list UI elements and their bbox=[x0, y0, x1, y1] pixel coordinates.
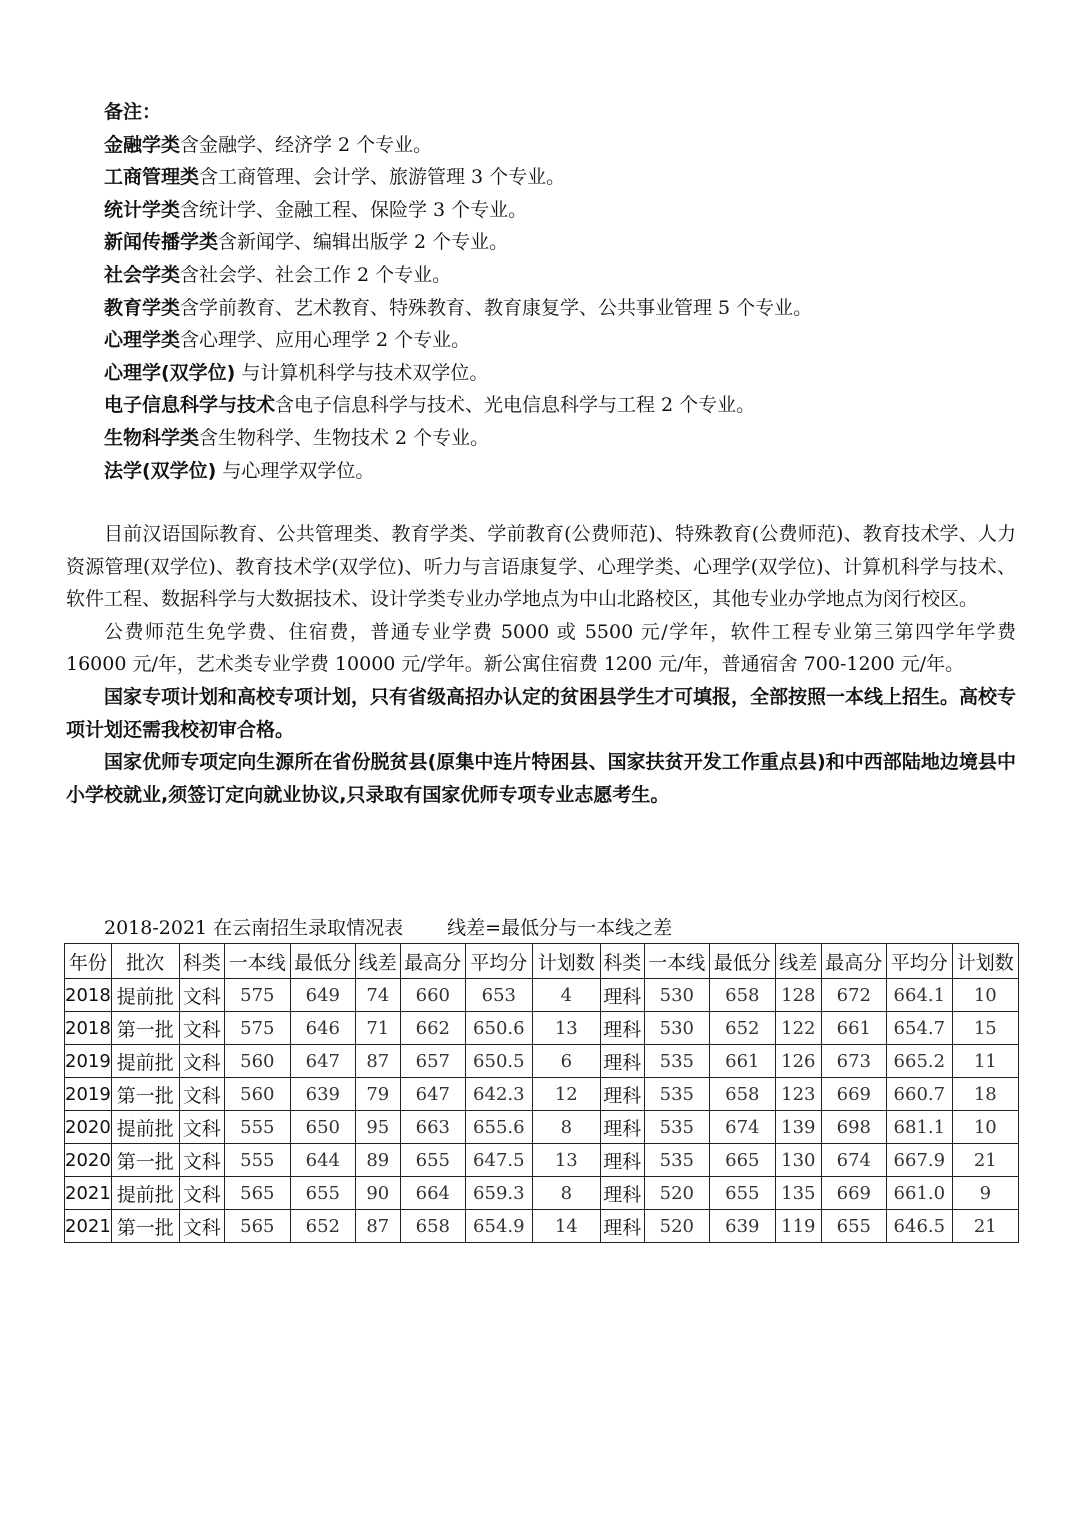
table-cell: 文科 bbox=[179, 1012, 224, 1045]
column-header: 科类 bbox=[179, 944, 224, 979]
table-cell: 2021 bbox=[65, 1177, 112, 1210]
admission-table: 年份批次科类一本线最低分线差最高分平均分计划数科类一本线最低分线差最高分平均分计… bbox=[64, 943, 1019, 1243]
table-cell: 128 bbox=[775, 979, 821, 1012]
table-cell: 130 bbox=[775, 1144, 821, 1177]
table-cell: 2020 bbox=[65, 1111, 112, 1144]
note-item: 心理学(双学位) 与计算机科学与技术双学位。 bbox=[104, 357, 1024, 390]
table-cell: 提前批 bbox=[111, 979, 179, 1012]
table-cell: 672 bbox=[821, 979, 886, 1012]
column-header: 最低分 bbox=[709, 944, 775, 979]
table-cell: 663 bbox=[400, 1111, 465, 1144]
table-cell: 653 bbox=[465, 979, 532, 1012]
table-cell: 560 bbox=[224, 1045, 290, 1078]
table-cell: 理科 bbox=[600, 1144, 644, 1177]
table-row: 2019提前批文科56064787657650.56理科535661126673… bbox=[65, 1045, 1019, 1078]
table-cell: 10 bbox=[952, 1111, 1018, 1144]
table-row: 2019第一批文科56063979647642.312理科53565812366… bbox=[65, 1078, 1019, 1111]
table-cell: 560 bbox=[224, 1078, 290, 1111]
table-cell: 646 bbox=[290, 1012, 355, 1045]
table-cell: 657 bbox=[400, 1045, 465, 1078]
table-cell: 12 bbox=[532, 1078, 600, 1111]
table-cell: 654.9 bbox=[465, 1210, 532, 1243]
table-cell: 第一批 bbox=[111, 1012, 179, 1045]
table-cell: 2019 bbox=[65, 1078, 112, 1111]
table-cell: 126 bbox=[775, 1045, 821, 1078]
column-header: 科类 bbox=[600, 944, 644, 979]
table-cell: 87 bbox=[355, 1210, 400, 1243]
note-item: 教育学类含学前教育、艺术教育、特殊教育、教育康复学、公共事业管理 5 个专业。 bbox=[104, 292, 1024, 325]
table-cell: 565 bbox=[224, 1177, 290, 1210]
table-cell: 650.5 bbox=[465, 1045, 532, 1078]
note-item: 电子信息科学与技术含电子信息科学与技术、光电信息科学与工程 2 个专业。 bbox=[104, 389, 1024, 422]
table-cell: 8 bbox=[532, 1177, 600, 1210]
table-cell: 2018 bbox=[65, 979, 112, 1012]
table-cell: 535 bbox=[644, 1045, 709, 1078]
table-cell: 655 bbox=[290, 1177, 355, 1210]
table-cell: 661.0 bbox=[886, 1177, 952, 1210]
column-header: 最高分 bbox=[821, 944, 886, 979]
table-cell: 87 bbox=[355, 1045, 400, 1078]
column-header: 一本线 bbox=[224, 944, 290, 979]
table-caption: 2018-2021 在云南招生录取情况表线差=最低分与一本线之差 bbox=[104, 913, 672, 940]
table-cell: 655.6 bbox=[465, 1111, 532, 1144]
column-header: 计划数 bbox=[532, 944, 600, 979]
table-cell: 660.7 bbox=[886, 1078, 952, 1111]
table-cell: 535 bbox=[644, 1144, 709, 1177]
table-cell: 理科 bbox=[600, 1210, 644, 1243]
table-cell: 提前批 bbox=[111, 1111, 179, 1144]
table-cell: 15 bbox=[952, 1012, 1018, 1045]
table-cell: 95 bbox=[355, 1111, 400, 1144]
column-header: 线差 bbox=[775, 944, 821, 979]
column-header: 线差 bbox=[355, 944, 400, 979]
note-item: 金融学类含金融学、经济学 2 个专业。 bbox=[104, 129, 1024, 162]
table-cell: 658 bbox=[709, 1078, 775, 1111]
table-cell: 文科 bbox=[179, 1144, 224, 1177]
table-cell: 665.2 bbox=[886, 1045, 952, 1078]
table-header-row: 年份批次科类一本线最低分线差最高分平均分计划数科类一本线最低分线差最高分平均分计… bbox=[65, 944, 1019, 979]
table-cell: 681.1 bbox=[886, 1111, 952, 1144]
table-cell: 665 bbox=[709, 1144, 775, 1177]
notes-section: 备注： 金融学类含金融学、经济学 2 个专业。 工商管理类含工商管理、会计学、旅… bbox=[104, 96, 1024, 487]
table-cell: 644 bbox=[290, 1144, 355, 1177]
table-row: 2020提前批文科55565095663655.68理科535674139698… bbox=[65, 1111, 1019, 1144]
table-cell: 652 bbox=[290, 1210, 355, 1243]
table-cell: 659.3 bbox=[465, 1177, 532, 1210]
table-cell: 650 bbox=[290, 1111, 355, 1144]
table-cell: 理科 bbox=[600, 979, 644, 1012]
table-cell: 139 bbox=[775, 1111, 821, 1144]
table-cell: 2019 bbox=[65, 1045, 112, 1078]
table-cell: 647 bbox=[290, 1045, 355, 1078]
table-cell: 655 bbox=[709, 1177, 775, 1210]
table-cell: 4 bbox=[532, 979, 600, 1012]
table-cell: 文科 bbox=[179, 1177, 224, 1210]
table-cell: 18 bbox=[952, 1078, 1018, 1111]
table-cell: 639 bbox=[709, 1210, 775, 1243]
table-cell: 90 bbox=[355, 1177, 400, 1210]
table-cell: 14 bbox=[532, 1210, 600, 1243]
table-cell: 661 bbox=[821, 1012, 886, 1045]
table-cell: 第一批 bbox=[111, 1078, 179, 1111]
table-cell: 提前批 bbox=[111, 1045, 179, 1078]
table-cell: 555 bbox=[224, 1144, 290, 1177]
table-cell: 11 bbox=[952, 1045, 1018, 1078]
table-cell: 文科 bbox=[179, 1078, 224, 1111]
table-row: 2018第一批文科57564671662650.613理科53065212266… bbox=[65, 1012, 1019, 1045]
table-cell: 662 bbox=[400, 1012, 465, 1045]
table-cell: 文科 bbox=[179, 1111, 224, 1144]
column-header: 平均分 bbox=[465, 944, 532, 979]
table-cell: 文科 bbox=[179, 1045, 224, 1078]
column-header: 年份 bbox=[65, 944, 112, 979]
table-cell: 565 bbox=[224, 1210, 290, 1243]
table-cell: 135 bbox=[775, 1177, 821, 1210]
table-cell: 555 bbox=[224, 1111, 290, 1144]
table-cell: 575 bbox=[224, 1012, 290, 1045]
table-cell: 646.5 bbox=[886, 1210, 952, 1243]
table-cell: 理科 bbox=[600, 1078, 644, 1111]
note-item: 新闻传播学类含新闻学、编辑出版学 2 个专业。 bbox=[104, 226, 1024, 259]
table-cell: 2020 bbox=[65, 1144, 112, 1177]
note-item: 社会学类含社会学、社会工作 2 个专业。 bbox=[104, 259, 1024, 292]
table-cell: 122 bbox=[775, 1012, 821, 1045]
table-body: 2018提前批文科575649746606534理科53065812867266… bbox=[65, 979, 1019, 1243]
column-header: 最高分 bbox=[400, 944, 465, 979]
table-cell: 2018 bbox=[65, 1012, 112, 1045]
table-cell: 79 bbox=[355, 1078, 400, 1111]
table-cell: 71 bbox=[355, 1012, 400, 1045]
table-cell: 535 bbox=[644, 1111, 709, 1144]
table-cell: 667.9 bbox=[886, 1144, 952, 1177]
table-cell: 655 bbox=[821, 1210, 886, 1243]
table-cell: 123 bbox=[775, 1078, 821, 1111]
table-cell: 第一批 bbox=[111, 1144, 179, 1177]
table-cell: 6 bbox=[532, 1045, 600, 1078]
table-cell: 642.3 bbox=[465, 1078, 532, 1111]
table-cell: 669 bbox=[821, 1177, 886, 1210]
table-cell: 8 bbox=[532, 1111, 600, 1144]
table-cell: 674 bbox=[821, 1144, 886, 1177]
table-cell: 13 bbox=[532, 1144, 600, 1177]
table-cell: 647.5 bbox=[465, 1144, 532, 1177]
table-cell: 649 bbox=[290, 979, 355, 1012]
table-cell: 673 bbox=[821, 1045, 886, 1078]
column-header: 平均分 bbox=[886, 944, 952, 979]
table-cell: 654.7 bbox=[886, 1012, 952, 1045]
table-cell: 文科 bbox=[179, 979, 224, 1012]
table-cell: 530 bbox=[644, 979, 709, 1012]
column-header: 一本线 bbox=[644, 944, 709, 979]
table-cell: 650.6 bbox=[465, 1012, 532, 1045]
column-header: 批次 bbox=[111, 944, 179, 979]
table-cell: 21 bbox=[952, 1144, 1018, 1177]
table-cell: 658 bbox=[709, 979, 775, 1012]
table-cell: 520 bbox=[644, 1210, 709, 1243]
table-cell: 575 bbox=[224, 979, 290, 1012]
table-cell: 理科 bbox=[600, 1177, 644, 1210]
table-row: 2018提前批文科575649746606534理科53065812867266… bbox=[65, 979, 1019, 1012]
fees-paragraph: 公费师范生免学费、住宿费，普通专业学费 5000 或 5500 元/学年，软件工… bbox=[66, 616, 1016, 681]
table-cell: 652 bbox=[709, 1012, 775, 1045]
table-cell: 535 bbox=[644, 1078, 709, 1111]
table-cell: 提前批 bbox=[111, 1177, 179, 1210]
table-cell: 理科 bbox=[600, 1111, 644, 1144]
special-plan-paragraph: 国家专项计划和高校专项计划，只有省级高招办认定的贫困县学生才可填报，全部按照一本… bbox=[66, 681, 1016, 746]
table-row: 2020第一批文科55564489655647.513理科53566513067… bbox=[65, 1144, 1019, 1177]
excellent-teacher-paragraph: 国家优师专项定向生源所在省份脱贫县(原集中连片特困县、国家扶贫开发工作重点县)和… bbox=[66, 746, 1016, 811]
table-cell: 639 bbox=[290, 1078, 355, 1111]
table-cell: 655 bbox=[400, 1144, 465, 1177]
table-cell: 669 bbox=[821, 1078, 886, 1111]
note-item: 统计学类含统计学、金融工程、保险学 3 个专业。 bbox=[104, 194, 1024, 227]
note-item: 心理学类含心理学、应用心理学 2 个专业。 bbox=[104, 324, 1024, 357]
table-row: 2021第一批文科56565287658654.914理科52063911965… bbox=[65, 1210, 1019, 1243]
table-caption-note: 线差=最低分与一本线之差 bbox=[447, 917, 672, 939]
table-cell: 698 bbox=[821, 1111, 886, 1144]
table-cell: 119 bbox=[775, 1210, 821, 1243]
table-cell: 664 bbox=[400, 1177, 465, 1210]
table-cell: 10 bbox=[952, 979, 1018, 1012]
table-cell: 理科 bbox=[600, 1012, 644, 1045]
column-header: 最低分 bbox=[290, 944, 355, 979]
table-cell: 2021 bbox=[65, 1210, 112, 1243]
campus-paragraph: 目前汉语国际教育、公共管理类、教育学类、学前教育(公费师范)、特殊教育(公费师范… bbox=[66, 518, 1016, 616]
table-cell: 13 bbox=[532, 1012, 600, 1045]
table-title: 2018-2021 在云南招生录取情况表 bbox=[104, 917, 403, 939]
table-cell: 520 bbox=[644, 1177, 709, 1210]
notes-heading: 备注： bbox=[104, 96, 1024, 129]
table-cell: 21 bbox=[952, 1210, 1018, 1243]
paragraphs-section: 目前汉语国际教育、公共管理类、教育学类、学前教育(公费师范)、特殊教育(公费师范… bbox=[66, 518, 1016, 811]
table-row: 2021提前批文科56565590664659.38理科520655135669… bbox=[65, 1177, 1019, 1210]
table-cell: 理科 bbox=[600, 1045, 644, 1078]
table-cell: 660 bbox=[400, 979, 465, 1012]
table-cell: 文科 bbox=[179, 1210, 224, 1243]
note-item: 生物科学类含生物科学、生物技术 2 个专业。 bbox=[104, 422, 1024, 455]
note-item: 法学(双学位) 与心理学双学位。 bbox=[104, 455, 1024, 488]
table-cell: 661 bbox=[709, 1045, 775, 1078]
table-cell: 674 bbox=[709, 1111, 775, 1144]
table-cell: 第一批 bbox=[111, 1210, 179, 1243]
table-cell: 647 bbox=[400, 1078, 465, 1111]
column-header: 计划数 bbox=[952, 944, 1018, 979]
note-item: 工商管理类含工商管理、会计学、旅游管理 3 个专业。 bbox=[104, 161, 1024, 194]
table-cell: 9 bbox=[952, 1177, 1018, 1210]
table-cell: 658 bbox=[400, 1210, 465, 1243]
table-cell: 89 bbox=[355, 1144, 400, 1177]
table-cell: 530 bbox=[644, 1012, 709, 1045]
table-cell: 664.1 bbox=[886, 979, 952, 1012]
table-cell: 74 bbox=[355, 979, 400, 1012]
